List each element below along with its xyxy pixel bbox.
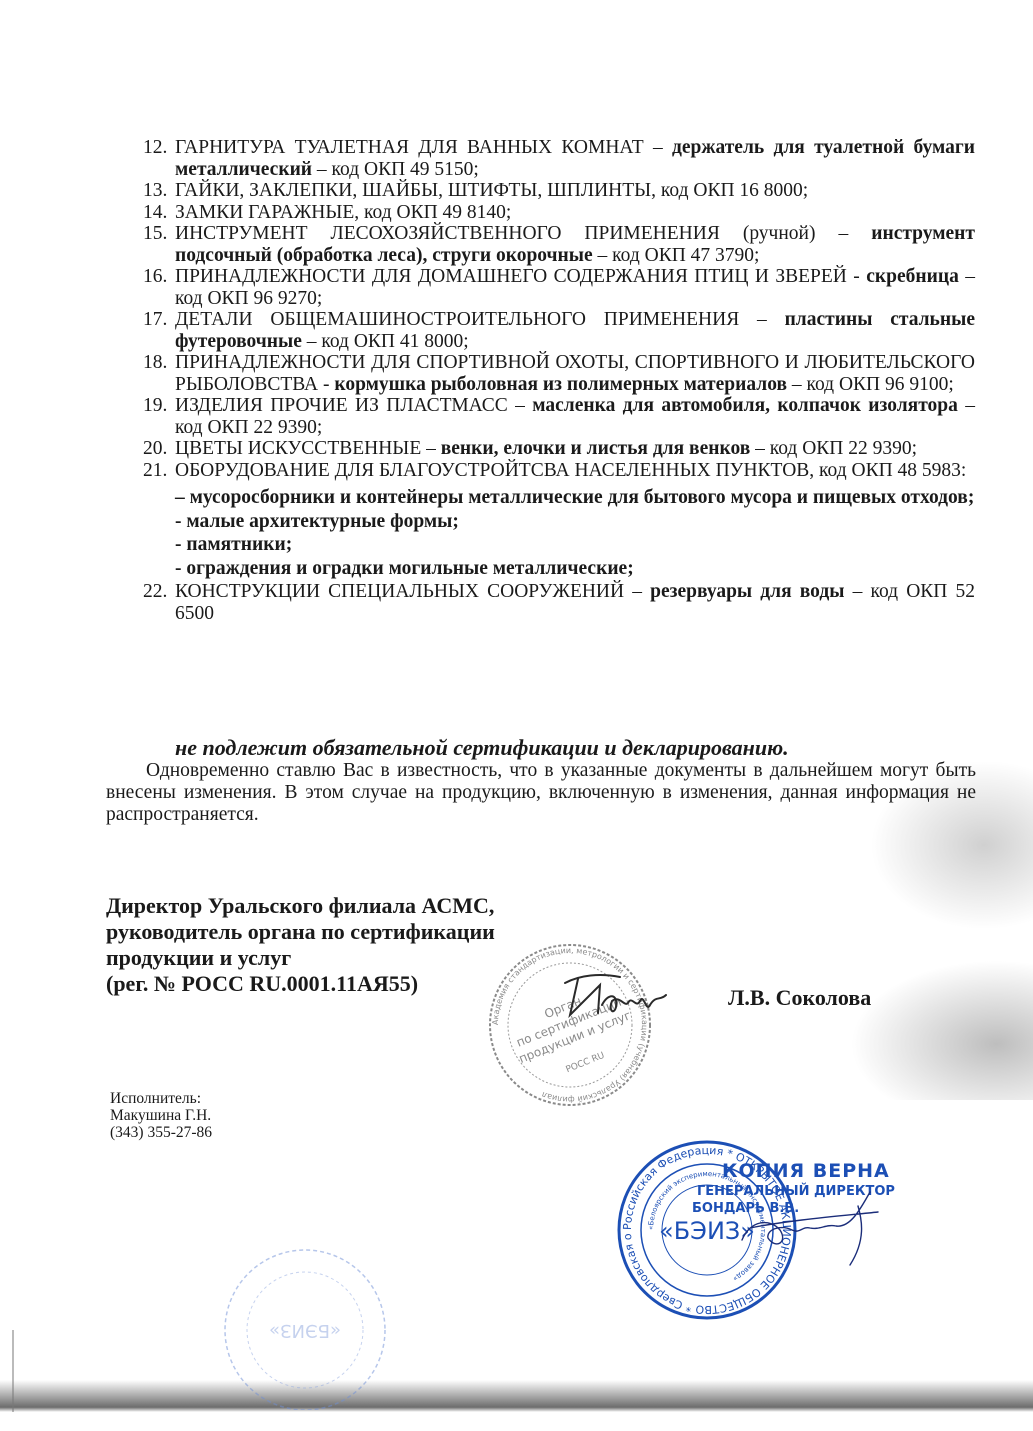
item-category: ДЕТАЛИ ОБЩЕМАШИНОСТРОИТЕЛЬНОГО ПРИМЕНЕНИ… (175, 309, 785, 330)
item-code: – код ОКП 49 5150; (312, 159, 479, 180)
item-number: 22. (143, 581, 167, 603)
item-number: 17. (143, 309, 167, 331)
list-item: 17.ДЕТАЛИ ОБЩЕМАШИНОСТРОИТЕЛЬНОГО ПРИМЕН… (143, 309, 975, 352)
item-number: 13. (143, 180, 167, 202)
item-product: скребница (866, 266, 959, 287)
signatory-line: руководитель органа по сертификации (106, 919, 495, 945)
item-category: ПРИНАДЛЕЖНОСТИ ДЛЯ ДОМАШНЕГО СОДЕРЖАНИЯ … (175, 266, 866, 287)
list-item: 18.ПРИНАДЛЕЖНОСТИ ДЛЯ СПОРТИВНОЙ ОХОТЫ, … (143, 352, 975, 395)
signatory-line: продукции и услуг (106, 945, 495, 971)
list-item: 13.ГАЙКИ, ЗАКЛЕПКИ, ШАЙБЫ, ШТИФТЫ, ШПЛИН… (143, 180, 975, 202)
item-category: ЦВЕТЫ ИСКУССТВЕННЫЕ – (175, 438, 441, 459)
executor-block: Исполнитель: Макушина Г.Н. (343) 355-27-… (110, 1090, 212, 1141)
list-item: 19.ИЗДЕЛИЯ ПРОЧИЕ ИЗ ПЛАСТМАСС – масленк… (143, 395, 975, 438)
item-number: 21. (143, 460, 167, 482)
signatory-name: Л.В. Соколова (728, 985, 871, 1011)
notice-paragraph: Одновременно ставлю Вас в известность, ч… (106, 760, 976, 826)
item-code: – код ОКП 47 3790; (593, 245, 760, 266)
subitem-list: – мусоросборники и контейнеры металличес… (175, 487, 975, 579)
list-item: 20.ЦВЕТЫ ИСКУССТВЕННЫЕ – венки, елочки и… (143, 438, 975, 460)
item-code: код ОКП 16 8000; (661, 180, 808, 201)
svg-text:«БЭИЗ»: «БЭИЗ» (269, 1320, 341, 1341)
item-number: 15. (143, 223, 167, 245)
item-category: ЗАМКИ ГАРАЖНЫЕ, (175, 202, 364, 223)
item-code: – код ОКП 41 8000; (302, 331, 469, 352)
item-category: ИЗДЕЛИЯ ПРОЧИЕ ИЗ ПЛАСТМАСС – (175, 395, 532, 416)
item-code: код ОКП 49 8140; (364, 202, 511, 223)
subitem: - ограждения и оградки могильные металли… (175, 558, 975, 580)
item-category: ИНСТРУМЕНТ ЛЕСОХОЗЯЙСТВЕННОГО ПРИМЕНЕНИЯ… (175, 223, 871, 244)
item-number: 18. (143, 352, 167, 374)
scan-edge-mark (12, 1330, 14, 1412)
item-code: код ОКП 48 5983: (819, 460, 966, 481)
item-category: ГАРНИТУРА ТУАЛЕТНАЯ ДЛЯ ВАННЫХ КОМНАТ – (175, 137, 672, 158)
subitem: - памятники; (175, 534, 975, 556)
faded-stamp-imprint: «БЭИЗ» (215, 1235, 395, 1410)
product-list: 12.ГАРНИТУРА ТУАЛЕТНАЯ ДЛЯ ВАННЫХ КОМНАТ… (143, 137, 975, 624)
svg-text:РОСС RU: РОСС RU (565, 1051, 607, 1076)
list-item: 15.ИНСТРУМЕНТ ЛЕСОХОЗЯЙСТВЕННОГО ПРИМЕНЕ… (143, 223, 975, 266)
item-category: ГАЙКИ, ЗАКЛЕПКИ, ШАЙБЫ, ШТИФТЫ, ШПЛИНТЫ, (175, 180, 661, 201)
executor-label: Исполнитель: (110, 1090, 212, 1107)
general-director-signature (740, 1180, 880, 1270)
director-signature (560, 965, 670, 1025)
executor-phone: (343) 355-27-86 (110, 1124, 212, 1141)
subitem: - малые архитектурные формы; (175, 511, 975, 533)
item-number: 20. (143, 438, 167, 460)
item-code: – код ОКП 22 9390; (750, 438, 917, 459)
item-product: венки, елочки и листья для венков (441, 438, 751, 459)
executor-name: Макушина Г.Н. (110, 1107, 212, 1124)
list-item: 14.ЗАМКИ ГАРАЖНЫЕ, код ОКП 49 8140; (143, 202, 975, 224)
scan-shadow (850, 960, 1033, 1100)
item-number: 14. (143, 202, 167, 224)
item-number: 12. (143, 137, 167, 159)
signatory-line: (рег. № РОСС RU.0001.11АЯ55) (106, 971, 495, 997)
verdict-text: не подлежит обязательной сертификации и … (175, 735, 789, 761)
copy-certified-label: КОПИЯ ВЕРНА (722, 1160, 895, 1182)
scan-shadow-bottom (0, 1380, 1033, 1412)
subitem: – мусоросборники и контейнеры металличес… (175, 487, 975, 509)
list-item: 21.ОБОРУДОВАНИЕ ДЛЯ БЛАГОУСТРОЙТСВА НАСЕ… (143, 460, 975, 580)
item-category: КОНСТРУКЦИИ СПЕЦИАЛЬНЫХ СООРУЖЕНИЙ – (175, 581, 650, 602)
item-product: кормушка рыболовная из полимерных матери… (334, 374, 787, 395)
item-product: резервуары для воды (650, 581, 844, 602)
item-product: масленка для автомобиля, колпачок изолят… (532, 395, 958, 416)
list-item: 16.ПРИНАДЛЕЖНОСТИ ДЛЯ ДОМАШНЕГО СОДЕРЖАН… (143, 266, 975, 309)
item-code: – код ОКП 96 9100; (787, 374, 954, 395)
signatory-title: Директор Уральского филиала АСМС, руково… (106, 893, 495, 997)
item-number: 19. (143, 395, 167, 417)
list-item: 22.КОНСТРУКЦИИ СПЕЦИАЛЬНЫХ СООРУЖЕНИЙ – … (143, 581, 975, 624)
item-number: 16. (143, 266, 167, 288)
list-item: 12.ГАРНИТУРА ТУАЛЕТНАЯ ДЛЯ ВАННЫХ КОМНАТ… (143, 137, 975, 180)
item-category: ОБОРУДОВАНИЕ ДЛЯ БЛАГОУСТРОЙТСВА НАСЕЛЕН… (175, 460, 819, 481)
signatory-line: Директор Уральского филиала АСМС, (106, 893, 495, 919)
